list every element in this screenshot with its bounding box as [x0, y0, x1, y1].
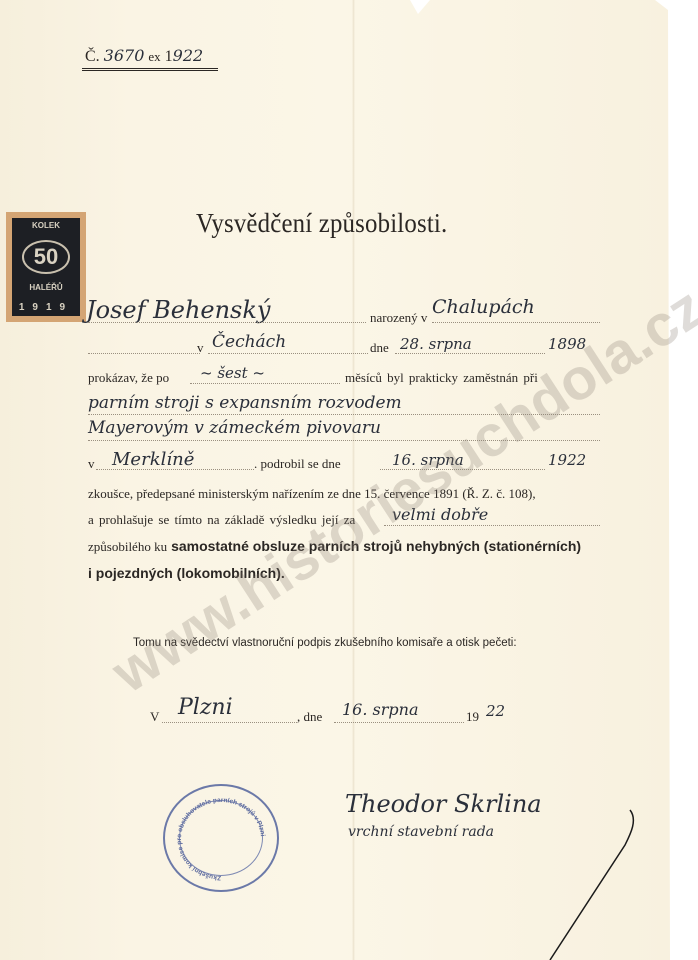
signature-stroke-icon — [530, 800, 640, 960]
born-label: narozený v — [370, 310, 427, 326]
dotted-line — [334, 722, 464, 723]
work-line-2: Mayerovým v zámeckém pivovaru — [88, 418, 381, 438]
birth-date: 28. srpna — [400, 335, 472, 353]
ref-ex: ex — [148, 49, 160, 64]
stamp-value: 50 — [22, 240, 70, 274]
work-line-1: parním stroji s expansním rozvodem — [88, 393, 402, 413]
ref-prefix: Č. — [85, 48, 100, 65]
official-seal: Zkušební komise pro obsluhovatele parníc… — [163, 784, 279, 892]
date-label: dne — [370, 340, 389, 356]
ref-year: 922 — [173, 46, 204, 65]
dotted-line — [395, 353, 545, 354]
dotted-line — [384, 525, 600, 526]
signoff-year-prefix: 19 — [466, 709, 479, 725]
dotted-line — [88, 353, 200, 354]
born-place: Chalupách — [432, 296, 535, 318]
exam-place: Merklíně — [112, 449, 194, 470]
reference-number: Č. 3670 ex 1922 — [85, 46, 203, 66]
signature-title: vrchní stavební rada — [348, 824, 494, 840]
signoff-date: 16. srpna — [342, 700, 418, 719]
region: Čechách — [212, 332, 286, 352]
dotted-line — [162, 722, 297, 723]
document-title: Vysvědčení způsobilosti. — [196, 208, 447, 239]
qualified-prefix: způsobilého ku — [88, 539, 167, 554]
signoff-year: 22 — [486, 702, 505, 720]
reference-underline — [82, 68, 218, 71]
dotted-line — [190, 383, 340, 384]
stamp-year: 1919 — [19, 302, 73, 313]
holder-name: Josef Behenský — [86, 296, 270, 324]
proved-label: prokázav, že po — [88, 370, 169, 386]
signoff-v: V — [150, 709, 159, 725]
ref-year-prefix: 1 — [165, 48, 173, 65]
signoff-place: Plzni — [178, 695, 233, 720]
place-prefix: v — [88, 456, 95, 472]
stamp-unit: HALÉŘŮ — [29, 283, 62, 292]
dotted-line — [96, 469, 254, 470]
ref-number: 3670 — [104, 46, 145, 65]
seal-text-icon: Zkušební komise pro obsluhovatele parníc… — [165, 786, 277, 890]
signoff-dne: , dne — [297, 709, 322, 725]
svg-text:Zkušební komise pro obsluhovat: Zkušební komise pro obsluhovatele parníc… — [176, 797, 266, 881]
stamp-label: KOLEK — [32, 221, 60, 230]
region-prefix: v — [197, 340, 204, 356]
exam-year: 1922 — [548, 451, 586, 469]
dotted-line — [208, 353, 368, 354]
revenue-stamp: KOLEK 50 HALÉŘŮ 1919 — [6, 212, 86, 322]
signature-name: Theodor Skrlina — [345, 790, 542, 818]
dotted-line — [88, 322, 366, 323]
months: ~ šest ~ — [200, 364, 265, 382]
exam-label: . podrobil se dne — [254, 456, 341, 472]
stamp-body: KOLEK 50 HALÉŘŮ 1919 — [12, 218, 80, 316]
dotted-line — [432, 322, 600, 323]
